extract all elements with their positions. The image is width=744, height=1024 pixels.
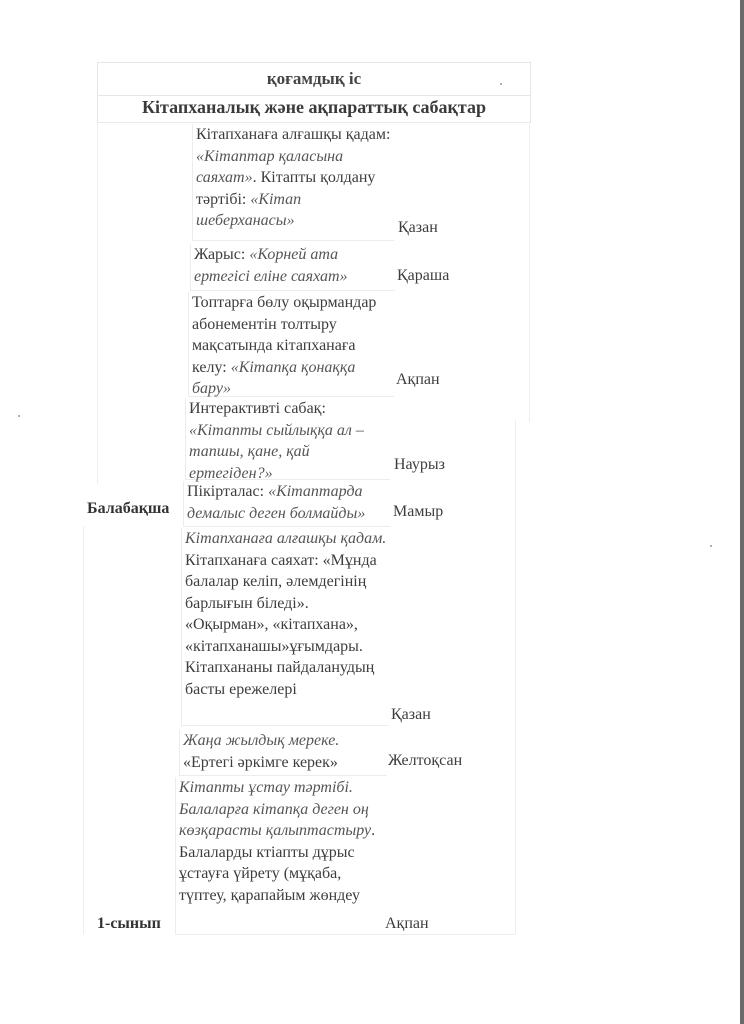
scanned-page: қоғамдық іс Кітапханалық және ақпараттық…: [0, 0, 744, 1024]
table-header-public-work: қоғамдық іс: [97, 62, 531, 96]
lesson-description: Пікірталас: «Кітаптарда демалыс деген бо…: [183, 481, 390, 527]
lesson-month: Ақпан: [396, 371, 440, 389]
lesson-title-italic: Кітапты ұстау тәртібі. Балаларға кітапқа…: [179, 779, 371, 839]
lesson-title-italic: Жаңа жылдық мереке.: [183, 732, 339, 749]
lesson-description: Кітапханаға алғашқы қадам: «Кітаптар қал…: [192, 124, 394, 241]
lesson-description: Кітапты ұстау тәртібі. Балаларға кітапқа…: [175, 777, 383, 935]
lesson-description: Жарыс: «Корней ата ертегісі еліне саяхат…: [190, 244, 395, 291]
lesson-text: Кітапханаға алғашқы қадам:: [196, 126, 390, 143]
table-border: [83, 526, 84, 934]
lesson-month: Ақпан: [385, 915, 429, 933]
lesson-text: Жарыс:: [194, 246, 249, 263]
group-label-kindergarten: Балабақша: [87, 500, 169, 518]
lesson-description: Интерактивті сабақ: «Кітапты сыйлыққа ал…: [185, 398, 390, 480]
lesson-text: «Ертегі әркімге керек»: [183, 754, 338, 771]
scan-speck: [18, 415, 20, 417]
lesson-description: Кітапханаға алғашқы қадам. Кітапханаға с…: [181, 528, 389, 726]
lesson-month: Қараша: [397, 267, 449, 285]
scan-speck: [710, 545, 712, 547]
table-header-library-lessons: Кітапханалық және ақпараттық сабақтар: [97, 94, 531, 123]
lesson-title-italic: Кітапханаға алғашқы қадам.: [185, 530, 386, 547]
lesson-description: Топтарға бөлу оқырмандар абонементін тол…: [188, 292, 394, 397]
lesson-text: Интерактивті сабақ:: [189, 400, 326, 417]
lesson-month: Қазан: [391, 706, 431, 724]
table-border: [97, 122, 98, 484]
lesson-text: Пікірталас:: [187, 483, 268, 500]
lesson-month: Қазан: [398, 219, 438, 237]
lesson-month: Мамыр: [393, 503, 443, 521]
table-border: [529, 122, 530, 422]
lesson-text: Кітапханаға саяхат: «Мұнда балалар келіп…: [185, 552, 377, 698]
lesson-description: Жаңа жылдық мереке. «Ертегі әркімге кере…: [179, 730, 387, 776]
group-label-grade-1: 1-сынып: [97, 915, 161, 933]
lesson-title-italic: «Кітапты сыйлыққа ал – тапшы, қане, қай …: [189, 422, 364, 482]
scan-edge: [740, 0, 744, 1024]
table-border: [515, 420, 516, 934]
lesson-month: Желтоқсан: [388, 752, 462, 770]
lesson-month: Наурыз: [394, 456, 445, 474]
